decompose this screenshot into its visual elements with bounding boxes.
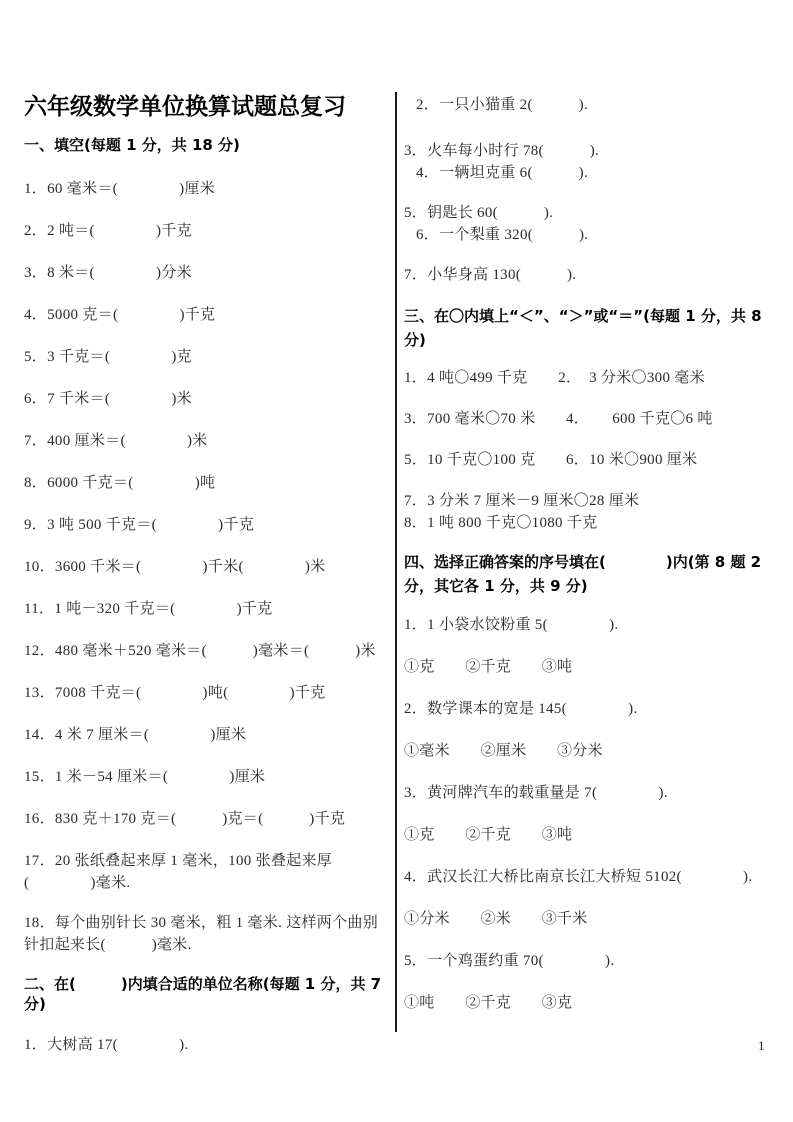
question-item: 5．3 千克＝( )克 <box>24 346 392 368</box>
section2-heading: 二、在( )内填合适的单位名称(每题 1 分，共 7 分) <box>24 974 392 1014</box>
choice-row: ①克 ②千克 ③吨 <box>404 656 780 678</box>
question-item: 3．8 米＝( )分米 <box>24 262 392 284</box>
question-item: 7．3 分米 7 厘米－9 厘米〇28 厘米 <box>404 490 780 512</box>
question-item: 9．3 吨 500 千克＝( )千克 <box>24 514 392 536</box>
column-divider <box>395 92 397 1032</box>
question-item: 4．一辆坦克重 6( ). <box>404 162 780 184</box>
choice-row: ①克 ②千克 ③吨 <box>404 824 780 846</box>
question-item: 3．火车每小时行 78( ). <box>404 140 780 162</box>
question-item: 3．700 毫米〇70 米 4． 600 千克〇6 吨 <box>404 408 780 430</box>
question-item: 5．一个鸡蛋约重 70( ). <box>404 950 780 972</box>
question-item: 10．3600 千米＝( )千米( )米 <box>24 556 392 578</box>
question-item: 13．7008 千克＝( )吨( )千克 <box>24 682 392 704</box>
question-item: 18．每个曲别针长 30 毫米，粗 1 毫米. 这样两个曲别针扣起来长( )毫米… <box>24 912 392 956</box>
section1-heading: 一、填空(每题 1 分，共 18 分) <box>24 135 392 155</box>
question-item: 8．1 吨 800 千克〇1080 千克 <box>404 512 780 534</box>
question-item: 5．钥匙长 60( ). <box>404 202 780 224</box>
page-number: 1 <box>758 1038 765 1054</box>
question-item: 2．2 吨＝( )千克 <box>24 220 392 242</box>
question-item: 7．小华身高 130( ). <box>404 264 780 286</box>
section4-heading: 四、选择正确答案的序号填在( )内(第 8 题 2 分，其它各 1 分，共 9 … <box>404 550 780 598</box>
question-item: 1．4 吨〇499 千克 2． 3 分米〇300 毫米 <box>404 367 780 389</box>
question-item: 1．1 小袋水饺粉重 5( ). <box>404 614 780 636</box>
question-item: 6．7 千米＝( )米 <box>24 388 392 410</box>
worksheet-title: 六年级数学单位换算试题总复习 <box>24 93 392 121</box>
question-item: 8．6000 千克＝( )吨 <box>24 472 392 494</box>
section3-heading: 三、在〇内填上“＜”、“＞”或“＝”(每题 1 分，共 8 分) <box>404 304 780 352</box>
question-item: 1．大树高 17( ). <box>24 1034 392 1056</box>
question-item: 17．20 张纸叠起来厚 1 毫米，100 张叠起来厚( )毫米. <box>24 850 392 894</box>
question-item: 2．一只小猫重 2( ). <box>404 94 780 116</box>
question-item: 4．武汉长江大桥比南京长江大桥短 5102( ). <box>404 866 780 888</box>
right-column: 2．一只小猫重 2( ). 3．火车每小时行 78( ). 4．一辆坦克重 6(… <box>404 94 780 1034</box>
question-item: 14．4 米 7 厘米＝( )厘米 <box>24 724 392 746</box>
choice-row: ①毫米 ②厘米 ③分米 <box>404 740 780 762</box>
choice-row: ①分米 ②米 ③千米 <box>404 908 780 930</box>
left-column: 六年级数学单位换算试题总复习 一、填空(每题 1 分，共 18 分) 1．60 … <box>24 93 392 1076</box>
question-item: 11．1 吨－320 千克＝( )千克 <box>24 598 392 620</box>
question-item: 1．60 毫米＝( )厘米 <box>24 178 392 200</box>
question-item: 16．830 克＋170 克＝( )克＝( )千克 <box>24 808 392 830</box>
question-item: 3．黄河牌汽车的载重量是 7( ). <box>404 782 780 804</box>
question-item: 15．1 米－54 厘米＝( )厘米 <box>24 766 392 788</box>
question-item: 4．5000 克＝( )千克 <box>24 304 392 326</box>
question-item: 6．一个梨重 320( ). <box>404 224 780 246</box>
question-item: 5．10 千克〇100 克 6．10 米〇900 厘米 <box>404 449 780 471</box>
choice-row: ①吨 ②千克 ③克 <box>404 992 780 1014</box>
worksheet-page: 六年级数学单位换算试题总复习 一、填空(每题 1 分，共 18 分) 1．60 … <box>0 0 793 1122</box>
question-item: 2．数学课本的宽是 145( ). <box>404 698 780 720</box>
question-item: 7．400 厘米＝( )米 <box>24 430 392 452</box>
question-item: 12．480 毫米＋520 毫米＝( )毫米＝( )米 <box>24 640 392 662</box>
